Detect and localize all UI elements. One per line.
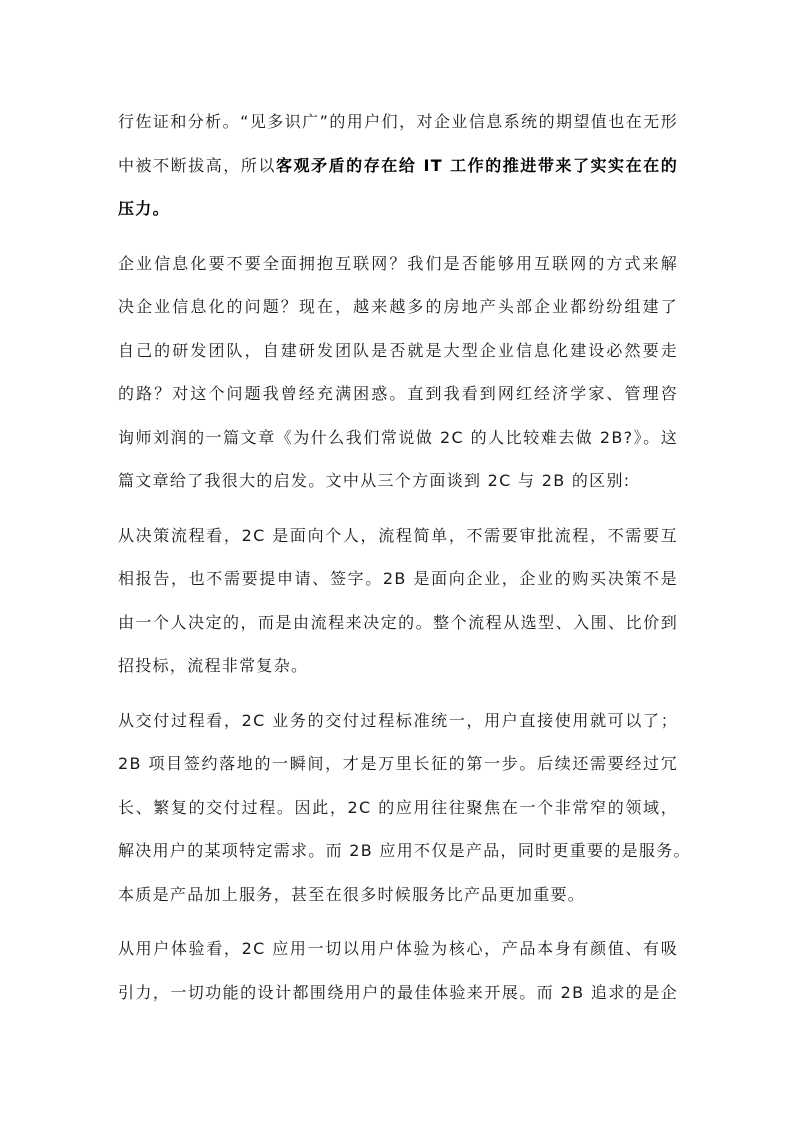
text-line: 询师刘润的一篇文章《为什么我们常说做 2C 的人比较难去做 2B?》。这 <box>118 416 678 460</box>
paragraph-4: 从交付过程看，2C 业务的交付过程标准统一，用户直接使用就可以了； 2B 项目签… <box>118 699 678 917</box>
text-line: 2B 项目签约落地的一瞬间，才是万里长征的第一步。后续还需要经过冗 <box>118 742 678 786</box>
bold-text-run: 客观矛盾的存在给 IT 工作的推进带来了实实在在的 <box>276 156 678 175</box>
text-line: 从决策流程看，2C 是面向个人，流程简单，不需要审批流程，不需要互 <box>118 514 678 558</box>
text-line: 引力，一切功能的设计都围绕用户的最佳体验来开展。而 2B 追求的是企 <box>118 971 678 1015</box>
paragraph-2: 企业信息化要不要全面拥抱互联网？我们是否能够用互联网的方式来解 决企业信息化的问… <box>118 242 678 503</box>
text-line: 招投标，流程非常复杂。 <box>118 644 678 688</box>
document-page: 行佐证和分析。“见多识广”的用户们，对企业信息系统的期望值也在无形 中被不断拔高… <box>118 100 678 1025</box>
text-line: 从用户体验看，2C 应用一切以用户体验为核心，产品本身有颜值、有吸 <box>118 927 678 971</box>
text-line: 相报告，也不需要提申请、签字。2B 是面向企业，企业的购买决策不是 <box>118 557 678 601</box>
paragraph-5: 从用户体验看，2C 应用一切以用户体验为核心，产品本身有颜值、有吸 引力，一切功… <box>118 927 678 1014</box>
text-run: 行佐证和分析。“见多识广”的用户们，对企业信息系统的期望值也在无形 <box>118 112 678 131</box>
text-line: 本质是产品加上服务，甚至在很多时候服务比产品更加重要。 <box>118 873 678 917</box>
text-line: 行佐证和分析。“见多识广”的用户们，对企业信息系统的期望值也在无形 <box>118 100 678 144</box>
text-line: 长、繁复的交付过程。因此，2C 的应用往往聚焦在一个非常窄的领域， <box>118 786 678 830</box>
text-line: 从交付过程看，2C 业务的交付过程标准统一，用户直接使用就可以了； <box>118 699 678 743</box>
text-line: 自己的研发团队，自建研发团队是否就是大型企业信息化建设必然要走 <box>118 329 678 373</box>
text-line: 压力。 <box>118 187 678 231</box>
text-line: 中被不断拔高，所以客观矛盾的存在给 IT 工作的推进带来了实实在在的 <box>118 144 678 188</box>
text-line: 篇文章给了我很大的启发。文中从三个方面谈到 2C 与 2B 的区别: <box>118 459 678 503</box>
text-line: 企业信息化要不要全面拥抱互联网？我们是否能够用互联网的方式来解 <box>118 242 678 286</box>
text-run: 中被不断拔高，所以 <box>118 156 276 175</box>
text-line: 的路？对这个问题我曾经充满困惑。直到我看到网红经济学家、管理咨 <box>118 372 678 416</box>
paragraph-3: 从决策流程看，2C 是面向个人，流程简单，不需要审批流程，不需要互 相报告，也不… <box>118 514 678 688</box>
text-line: 解决用户的某项特定需求。而 2B 应用不仅是产品，同时更重要的是服务。 <box>118 829 678 873</box>
paragraph-1: 行佐证和分析。“见多识广”的用户们，对企业信息系统的期望值也在无形 中被不断拔高… <box>118 100 678 231</box>
text-line: 决企业信息化的问题？现在，越来越多的房地产头部企业都纷纷组建了 <box>118 285 678 329</box>
text-line: 由一个人决定的，而是由流程来决定的。整个流程从选型、入围、比价到 <box>118 601 678 645</box>
